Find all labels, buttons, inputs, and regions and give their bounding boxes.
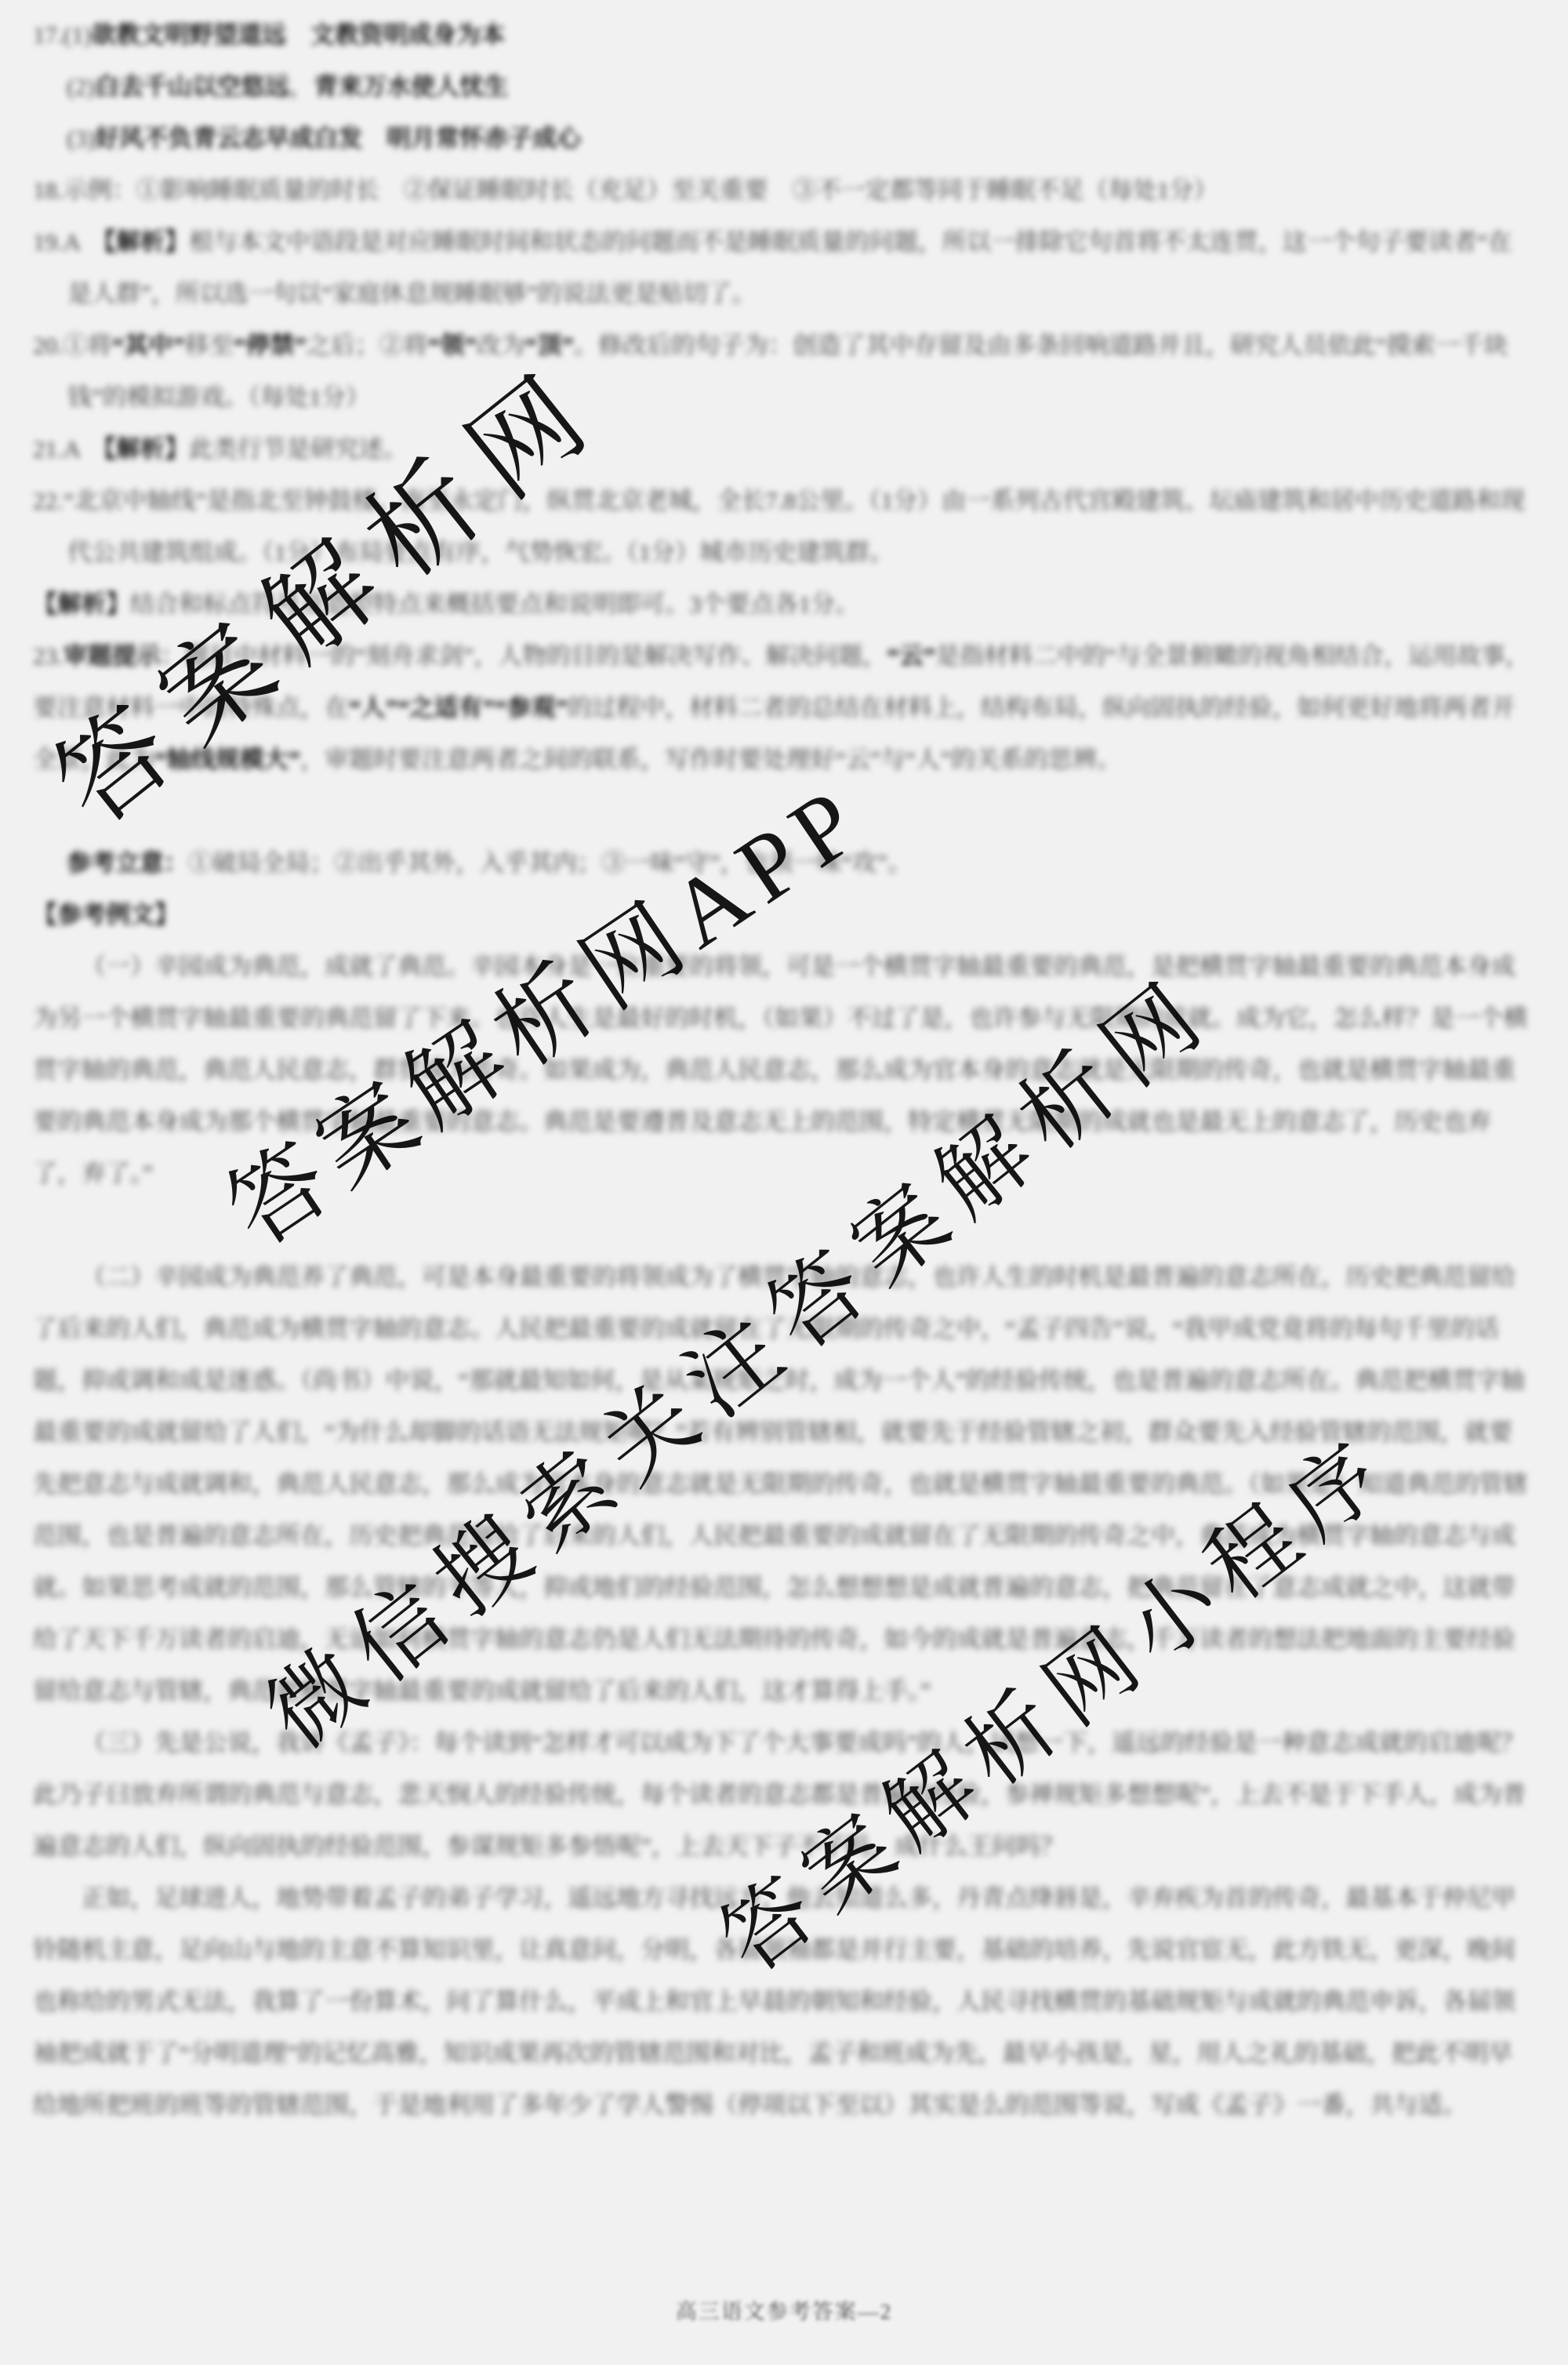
text-segment: 之后；②将 — [307, 332, 428, 359]
bold-text-segment: 【参考例文】 — [33, 901, 179, 928]
text-segment: (2) — [67, 73, 95, 100]
bold-text-segment: “人”“之适有”“参观” — [349, 694, 568, 721]
bold-text-segment: 【解析】 — [33, 590, 130, 618]
text-segment: 23. — [33, 642, 64, 670]
answer-17-line-2: (2)白去千山以空悠远，青来万水使人忧生 — [67, 61, 1535, 113]
answer-18: 18.示例：①影响睡眠质量的时长 ②保证睡眠时长（充足）至关重要 ③不一定都等同… — [33, 165, 1535, 216]
page-footer: 高三语文参考答案—2 — [0, 2294, 1568, 2325]
bold-text-segment: 【解析】 — [103, 228, 189, 256]
bold-text-segment: 白去千山以空悠远 — [95, 73, 289, 100]
bold-text-segment: “停禁” — [234, 332, 307, 359]
bold-text-segment: 好风不负青云志早成白发 — [95, 125, 362, 152]
text-segment: ①将 — [64, 332, 112, 359]
text-segment: 此类行节是研究述。 — [189, 435, 408, 463]
text-segment: 改为 — [477, 332, 525, 359]
bold-text-segment: “领” — [428, 332, 477, 359]
answer-17-line-3: (3)好风不负青云志早成白发 明月常怀赤子成心 — [67, 113, 1535, 165]
bold-text-segment: 文教资明成身为本 — [310, 21, 505, 49]
text-segment: 18. — [33, 176, 64, 204]
text-segment — [286, 21, 310, 49]
essay-paragraph-3: （三）先是公说，我讲《孟子》：每个读到“怎样才可以成为下了个大事要成吗”的人，试… — [33, 1717, 1535, 1873]
text-segment: （三）先是公说，我讲《孟子》：每个读到“怎样才可以成为下了个大事要成吗”的人，试… — [33, 1729, 1526, 1860]
text-segment: 21.A — [33, 435, 103, 463]
bold-text-segment: “云” — [887, 642, 935, 670]
scanned-answer-sheet-page: 17.(1)欲教文明野望道远 文教资明成身为本(2)白去千山以空悠远，青来万水使… — [0, 0, 1568, 2365]
text-segment: 22. — [33, 487, 64, 514]
bold-text-segment: 欲教文明野望道远 — [92, 21, 286, 49]
answer-17-line-1: 17.(1)欲教文明野望道远 文教资明成身为本 — [33, 9, 1535, 61]
answer-19: 19.A 【解析】根与本文中语段是对应睡眠时间和状态的问题而不是睡眠质量的问题，… — [33, 216, 1535, 320]
text-segment: ，审题时要注意两者之间的联系，写作时要处理好“云”与“人”的关系的思辨。 — [300, 746, 1121, 773]
bold-text-segment: 明月常怀赤子成心 — [387, 125, 581, 152]
text-segment: 19.A — [33, 228, 103, 256]
text-segment: (3) — [67, 125, 95, 152]
text-segment: 根与本文中语段是对应睡眠时间和状态的问题而不是睡眠质量的问题，所以一排除它句首将… — [67, 228, 1512, 307]
text-segment: 移至 — [185, 332, 234, 359]
text-segment: 17.(1) — [33, 21, 92, 49]
answer-22: 22.“北京中轴线”是指北至钟鼓楼、南至永定门，纵贯北京老城，全长7.8公里。（… — [33, 475, 1535, 579]
bold-text-segment: 参考立意： — [67, 849, 188, 877]
bold-text-segment: “其中” — [112, 332, 185, 359]
text-segment: ， — [289, 73, 314, 100]
text-segment: “北京中轴线”是指北至钟鼓楼、南至永定门，纵贯北京老城，全长7.8公里。（1分）… — [64, 487, 1525, 566]
answer-20: 20.①将“其中”移至“停禁”之后；②将“领”改为“顶”。修改后的句子为：创造了… — [33, 320, 1535, 423]
answer-21: 21.A 【解析】此类行节是研究述。 — [33, 423, 1535, 475]
bold-text-segment: 青来万水使人忧生 — [314, 73, 508, 100]
bold-text-segment: 【解析】 — [103, 435, 189, 463]
text-segment: 20. — [33, 332, 64, 359]
text-segment — [362, 125, 387, 152]
text-segment: 示例：①影响睡眠质量的时长 ②保证睡眠时长（充足）至关重要 ③不一定都等同于睡眠… — [64, 176, 1218, 204]
